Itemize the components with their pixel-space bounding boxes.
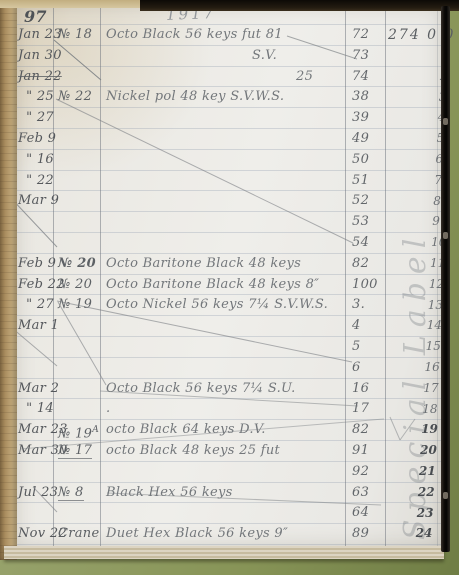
margin-row-number: 18 <box>422 402 437 416</box>
serial-number: 63 <box>348 484 390 504</box>
ledger-row: Jul 23№ 8Black Hex 56 keys63 <box>16 484 441 504</box>
entry-description-text: Octo Baritone Black 48 keys <box>106 256 301 271</box>
serial-number: 3. <box>348 296 390 316</box>
serial-number: 100 <box>348 276 390 296</box>
ledger-row: " 2251 <box>16 172 441 192</box>
serial-number: 82 <box>348 421 390 441</box>
entry-description: octo Black 48 keys 25 fut <box>106 442 346 462</box>
entry-description-text: octo Black 64 keys D.V. <box>106 422 266 437</box>
serial-number-text: 4 <box>352 318 361 333</box>
entry-date: Mar 30 <box>18 442 54 462</box>
entry-date: " 27 <box>18 109 54 129</box>
margin-row-number: 21 <box>419 464 436 478</box>
margin-row-number: 16 <box>425 360 440 374</box>
binding-knot <box>443 118 448 125</box>
binding-knot <box>443 232 448 239</box>
ledger-row: 54 <box>16 234 441 254</box>
entry-description: Octo Nickel 56 keys 7¼ S.V.W.S. <box>106 296 346 316</box>
entry-description-text: Octo Baritone Black 48 keys 8″ <box>106 277 319 292</box>
entry-date-text: Jan 30 <box>18 48 62 63</box>
margin-row-number: 22 <box>418 485 435 499</box>
scanned-ledger-photo: 97 1917 Jan 23№ 18Octo Black 56 keys fut… <box>0 0 459 575</box>
ledger-row: Mar 23№ 19Aocto Black 64 keys D.V.82 <box>16 421 441 441</box>
serial-number-text: 82 <box>352 422 369 437</box>
serial-number-text: 51 <box>352 173 369 188</box>
entry-date: Nov 22 <box>18 525 54 545</box>
entry-description: Octo Black 56 keys fut 81 <box>106 26 346 46</box>
serial-number: 49 <box>348 130 390 150</box>
entry-date: Feb 9 <box>18 130 54 150</box>
serial-number: 92 <box>348 463 390 483</box>
ledger-row: Jan 30S.V.73 <box>16 47 441 67</box>
margin-row-number: 9 <box>432 214 440 228</box>
entry-date: Jan 30 <box>18 47 54 67</box>
entry-date-text: " 27 <box>26 110 54 125</box>
serial-number: 91 <box>348 442 390 462</box>
entry-description-text: Black Hex 56 keys <box>106 485 233 500</box>
ledger-row: Nov 22CraneDuet Hex Black 56 keys 9″89 <box>16 525 441 545</box>
entry-number: № 19 <box>58 296 104 316</box>
entry-description: S.V. <box>106 47 459 67</box>
serial-number-text: 38 <box>352 89 369 104</box>
serial-number-text: 52 <box>352 193 369 208</box>
serial-number: 52 <box>348 192 390 212</box>
ruled-line <box>16 24 441 25</box>
margin-row-number: 15 <box>426 339 441 353</box>
serial-number: 51 <box>348 172 390 192</box>
margin-row-number: 17 <box>423 381 438 395</box>
ledger-row: " 2739 <box>16 109 441 129</box>
entry-description: . <box>106 400 346 420</box>
entry-description-text: Duet Hex Black 56 keys 9″ <box>106 526 288 541</box>
serial-number-text: 73 <box>352 48 369 63</box>
ledger-page: 97 1917 Jan 23№ 18Octo Black 56 keys fut… <box>16 6 441 546</box>
entry-description-text: S.V. <box>252 48 277 63</box>
entry-number-suffix: A <box>92 425 99 435</box>
ledger-row: Jan 23№ 18Octo Black 56 keys fut 8172274… <box>16 26 441 46</box>
entry-number: Crane <box>58 525 104 545</box>
serial-number: 6 <box>348 359 390 379</box>
ledger-row: 5 <box>16 338 441 358</box>
serial-number-text: 54 <box>352 235 369 250</box>
serial-number-text: 92 <box>352 464 369 479</box>
serial-number: 82 <box>348 255 390 275</box>
entry-date: Jan 23 <box>18 26 54 46</box>
entry-date: " 14 <box>18 400 54 420</box>
margin-row-number: 14 <box>427 318 442 332</box>
ledger-row: " 27№ 19Octo Nickel 56 keys 7¼ S.V.W.S.3… <box>16 296 441 316</box>
entry-date: " 16 <box>18 151 54 171</box>
page-edge-bottom <box>4 546 444 559</box>
entry-description: Nickel pol 48 key S.V.W.S. <box>106 88 346 108</box>
entry-date: Feb 22 <box>18 276 54 296</box>
entry-number-text: № 19 <box>58 297 92 312</box>
entry-date-text: Mar 2 <box>18 381 59 396</box>
entry-description-text: 25 <box>296 69 313 84</box>
ledger-row: 92 <box>16 463 441 483</box>
ledger-row: Jan 222574 <box>16 68 441 88</box>
serial-number-text: 50 <box>352 152 369 167</box>
serial-number-text: 5 <box>352 339 361 354</box>
serial-number: 16 <box>348 380 390 400</box>
serial-number: 74 <box>348 68 390 88</box>
serial-number-text: 89 <box>352 526 369 541</box>
entry-date: Mar 1 <box>18 317 54 337</box>
entry-description: Black Hex 56 keys <box>106 484 346 504</box>
entry-date-text: Feb 9 <box>18 256 56 271</box>
entry-number: № 8 <box>58 484 104 504</box>
entry-number-text: № 20 <box>58 277 92 292</box>
entry-number-text: № 19 <box>58 427 92 442</box>
entry-date-text: Mar 9 <box>18 193 59 208</box>
serial-number: 64 <box>348 504 390 524</box>
serial-number-text: 91 <box>352 443 369 458</box>
entry-number: № 20 <box>58 255 104 275</box>
serial-number-text: 3. <box>352 297 365 312</box>
book-binding <box>441 6 450 552</box>
ledger-row: Mar 2Octo Black 56 keys 7¼ S.U.16 <box>16 380 441 400</box>
entry-date-text: " 22 <box>26 173 54 188</box>
margin-row-number: 24 <box>416 526 433 540</box>
serial-number: 54 <box>348 234 390 254</box>
serial-number-text: 100 <box>352 277 378 292</box>
entry-date-text: " 27 <box>26 297 54 312</box>
entry-date-text: Jan 22 <box>18 69 62 84</box>
entry-number-text: № 20 <box>58 256 96 271</box>
entry-number-text: № 18 <box>58 27 92 42</box>
ledger-row: Feb 9№ 20Octo Baritone Black 48 keys82 <box>16 255 441 275</box>
page-edge-top <box>0 0 140 8</box>
serial-number: 5 <box>348 338 390 358</box>
entry-number-text: № 8 <box>58 485 84 501</box>
serial-number: 17 <box>348 400 390 420</box>
entry-number-text: № 17 <box>58 443 92 459</box>
serial-number: 73 <box>348 47 390 67</box>
serial-number-text: 53 <box>352 214 369 229</box>
margin-row-number: 20 <box>420 443 437 457</box>
entry-description-text: Octo Black 56 keys 7¼ S.U. <box>106 381 296 396</box>
serial-number-text: 72 <box>352 27 369 42</box>
serial-number: 53 <box>348 213 390 233</box>
serial-number: 72 <box>348 26 390 46</box>
serial-number: 39 <box>348 109 390 129</box>
entry-description-text: octo Black 48 keys 25 fut <box>106 443 280 458</box>
entry-date-text: " 16 <box>26 152 54 167</box>
binding-knot <box>443 492 448 499</box>
serial-number: 50 <box>348 151 390 171</box>
serial-number: 89 <box>348 525 390 545</box>
ledger-row: " 25№ 22Nickel pol 48 key S.V.W.S.38 <box>16 88 441 108</box>
ledger-row: Feb 22№ 20Octo Baritone Black 48 keys 8″… <box>16 276 441 296</box>
entry-description: Octo Baritone Black 48 keys <box>106 255 346 275</box>
entry-description: Octo Baritone Black 48 keys 8″ <box>106 276 346 296</box>
serial-number-text: 64 <box>352 505 369 520</box>
entry-date-text: Feb 9 <box>18 131 56 146</box>
entry-date: " 27 <box>18 296 54 316</box>
serial-number-text: 82 <box>352 256 369 271</box>
margin-row-number: 23 <box>417 506 434 520</box>
entry-date: Mar 2 <box>18 380 54 400</box>
ledger-row: Mar 14 <box>16 317 441 337</box>
entry-date-text: Jan 23 <box>18 27 62 42</box>
serial-number-text: 39 <box>352 110 369 125</box>
entry-description-text: . <box>106 401 110 416</box>
entry-date-text: Mar 1 <box>18 318 59 333</box>
entry-number-text: Crane <box>58 526 99 541</box>
entry-description: Octo Black 56 keys 7¼ S.U. <box>106 380 346 400</box>
entry-number-text: № 22 <box>58 89 92 104</box>
entry-description: Duet Hex Black 56 keys 9″ <box>106 525 346 545</box>
entry-description-text: Octo Black 56 keys fut 81 <box>106 27 283 42</box>
serial-number-text: 6 <box>352 360 361 375</box>
serial-number-text: 63 <box>352 485 369 500</box>
margin-row-number: 19 <box>421 422 438 436</box>
page-edge-left <box>0 0 17 560</box>
entry-date: Jul 23 <box>18 484 54 504</box>
entry-date-text: " 14 <box>26 401 54 416</box>
ledger-row: " 1650 <box>16 151 441 171</box>
ledger-row: Feb 949 <box>16 130 441 150</box>
serial-number-text: 16 <box>352 381 369 396</box>
entry-date-text: " 25 <box>26 89 54 104</box>
page-number: 97 <box>24 7 47 26</box>
book-cover-top <box>140 0 459 11</box>
margin-row-number: 8 <box>433 194 441 208</box>
entry-number: № 17 <box>58 442 104 462</box>
entry-date: " 22 <box>18 172 54 192</box>
serial-number-text: 74 <box>352 69 369 84</box>
entry-date: Jan 22 <box>18 68 54 88</box>
ledger-row: 53 <box>16 213 441 233</box>
entry-description-text: Octo Nickel 56 keys 7¼ S.V.W.S. <box>106 297 328 312</box>
ledger-row: Mar 30№ 17octo Black 48 keys 25 fut91 <box>16 442 441 462</box>
serial-number: 38 <box>348 88 390 108</box>
ledger-row: " 14.17 <box>16 400 441 420</box>
serial-number-text: 49 <box>352 131 369 146</box>
entry-date: " 25 <box>18 88 54 108</box>
serial-number-text: 17 <box>352 401 369 416</box>
entry-number: № 18 <box>58 26 104 46</box>
entry-date: Mar 9 <box>18 192 54 212</box>
entry-description: 25 <box>106 68 459 88</box>
entry-number: № 20 <box>58 276 104 296</box>
entry-date: Mar 23 <box>18 421 54 441</box>
entry-amount: 274 0 0 <box>388 26 442 46</box>
entry-description: octo Black 64 keys D.V. <box>106 421 346 441</box>
entry-description-text: Nickel pol 48 key S.V.W.S. <box>106 89 284 104</box>
ledger-row: 64 <box>16 504 441 524</box>
entry-date-text: Jul 23 <box>18 485 58 500</box>
entry-number: № 19A <box>58 421 104 441</box>
serial-number: 4 <box>348 317 390 337</box>
entry-number: № 22 <box>58 88 104 108</box>
ledger-row: Mar 952 <box>16 192 441 212</box>
ledger-row: 6 <box>16 359 441 379</box>
entry-date: Feb 9 <box>18 255 54 275</box>
